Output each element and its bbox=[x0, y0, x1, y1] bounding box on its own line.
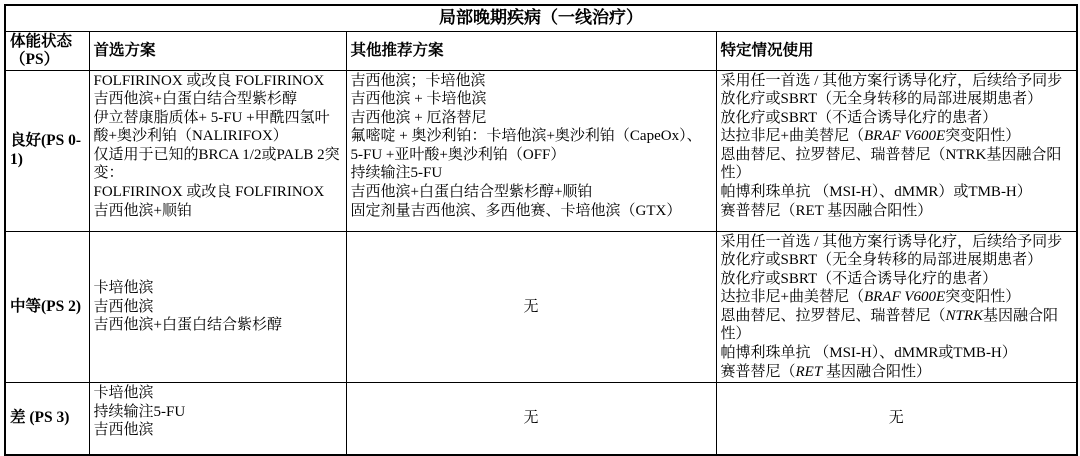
table-row-ps-poor: 差 (PS 3) 卡培他滨持续输注5-FU吉西他滨 无 无 bbox=[5, 383, 1077, 455]
header-specific: 特定情况使用 bbox=[716, 31, 1077, 70]
table-row-ps-good: 良好(PS 0-1) FOLFIRINOX 或改良 FOLFIRINOX吉西他滨… bbox=[5, 70, 1077, 231]
header-other: 其他推荐方案 bbox=[346, 31, 716, 70]
other-cell-good: 吉西他滨；卡培他滨吉西他滨 + 卡培他滨吉西他滨 + 厄洛替尼氟嘧啶 + 奥沙利… bbox=[346, 70, 716, 231]
ps-label-good: 良好(PS 0-1) bbox=[5, 70, 89, 231]
header-preferred: 首选方案 bbox=[89, 31, 346, 70]
table-row-ps-mid: 中等(PS 2) 卡培他滨吉西他滨吉西他滨+白蛋白结合紫杉醇 无 采用任一首选 … bbox=[5, 231, 1077, 383]
specific-cell-poor: 无 bbox=[716, 383, 1077, 455]
other-cell-mid: 无 bbox=[346, 231, 716, 383]
preferred-cell-poor: 卡培他滨持续输注5-FU吉西他滨 bbox=[89, 383, 346, 455]
table-header-row: 体能状态（PS） 首选方案 其他推荐方案 特定情况使用 bbox=[5, 31, 1077, 70]
table-title: 局部晚期疾病（一线治疗） bbox=[5, 5, 1077, 31]
preferred-cell-good: FOLFIRINOX 或改良 FOLFIRINOX吉西他滨+白蛋白结合型紫杉醇伊… bbox=[89, 70, 346, 231]
specific-cell-good: 采用任一首选 / 其他方案行诱导化疗，后续给予同步放化疗或SBRT（无全身转移的… bbox=[716, 70, 1077, 231]
table-title-row: 局部晚期疾病（一线治疗） bbox=[5, 5, 1077, 31]
ps-label-mid: 中等(PS 2) bbox=[5, 231, 89, 383]
header-ps: 体能状态（PS） bbox=[5, 31, 89, 70]
ps-label-poor: 差 (PS 3) bbox=[5, 383, 89, 455]
page: 局部晚期疾病（一线治疗） 体能状态（PS） 首选方案 其他推荐方案 特定情况使用… bbox=[0, 0, 1080, 456]
specific-cell-mid: 采用任一首选 / 其他方案行诱导化疗，后续给予同步放化疗或SBRT（无全身转移的… bbox=[716, 231, 1077, 383]
treatment-table: 局部晚期疾病（一线治疗） 体能状态（PS） 首选方案 其他推荐方案 特定情况使用… bbox=[4, 4, 1078, 456]
preferred-cell-mid: 卡培他滨吉西他滨吉西他滨+白蛋白结合紫杉醇 bbox=[89, 231, 346, 383]
other-cell-poor: 无 bbox=[346, 383, 716, 455]
